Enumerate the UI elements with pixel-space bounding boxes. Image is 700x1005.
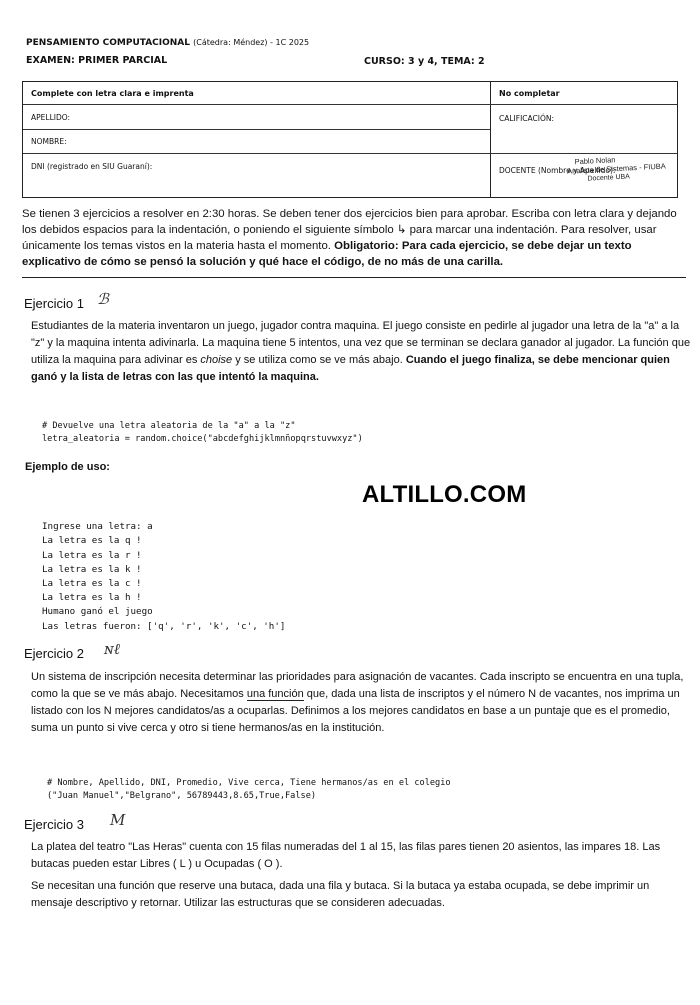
teacher-stamp: Pablo Nolan Analista de Sistemas - FIUBA…: [570, 153, 666, 185]
watermark: ALTILLO.COM: [362, 481, 526, 509]
exercise-3-title: Ejercicio 3: [24, 817, 84, 832]
nombre-field[interactable]: NOMBRE:: [31, 137, 67, 146]
exercise-1-function-name: choise: [200, 354, 232, 366]
course-name: PENSAMIENTO COMPUTACIONAL: [26, 38, 190, 48]
form-row-line: [23, 129, 490, 130]
output-line: Las letras fueron: ['q', 'r', 'k', 'c', …: [42, 620, 285, 634]
code-line: # Devuelve una letra aleatoria de la "a"…: [42, 420, 363, 433]
exercise-3-paragraph-2: Se necesitan una función que reserve una…: [31, 878, 691, 911]
output-line: La letra es la q !: [42, 534, 285, 548]
exercise-3-paragraph-1: La platea del teatro "Las Heras" cuenta …: [31, 839, 691, 872]
exam-label: EXAMEN: PRIMER PARCIAL: [26, 55, 167, 66]
form-left-header: Complete con letra clara e imprenta: [31, 89, 194, 98]
form-divider: [490, 82, 491, 197]
exercise-2-grade-mark: ɴℓ: [104, 640, 120, 659]
output-line: La letra es la r !: [42, 549, 285, 563]
code-line: # Nombre, Apellido, DNI, Promedio, Vive …: [47, 777, 451, 790]
form-row-line: [23, 153, 677, 154]
exercise-1-title: Ejercicio 1: [24, 296, 84, 311]
output-line: La letra es la h !: [42, 591, 285, 605]
code-line: ("Juan Manuel","Belgrano", 56789443,8.65…: [47, 790, 451, 803]
code-line: letra_aleatoria = random.choice("abcdefg…: [42, 433, 363, 446]
calificacion-field: CALIFICACIÓN:: [499, 114, 554, 123]
student-info-form: Complete con letra clara e imprenta No c…: [22, 81, 678, 198]
example-label: Ejemplo de uso:: [25, 461, 110, 473]
output-line: La letra es la k !: [42, 563, 285, 577]
course-title: PENSAMIENTO COMPUTACIONAL (Cátedra: Ménd…: [26, 38, 309, 48]
exercise-1-code: # Devuelve una letra aleatoria de la "a"…: [42, 407, 363, 458]
dni-field[interactable]: DNI (registrado en SIU Guaraní):: [31, 162, 152, 171]
section-divider: [22, 277, 686, 278]
exercise-1-grade-mark: ℬ: [97, 290, 109, 308]
instructions: Se tienen 3 ejercicios a resolver en 2:3…: [22, 206, 678, 270]
apellido-field[interactable]: APELLIDO:: [31, 113, 70, 122]
exercise-2-underlined: una función: [247, 688, 304, 701]
output-line: Ingrese una letra: a: [42, 520, 285, 534]
exercise-1-statement: Estudiantes de la materia inventaron un …: [31, 318, 691, 386]
course-info: CURSO: 3 y 4, TEMA: 2: [364, 56, 485, 67]
exercise-3-grade-mark: M: [110, 811, 125, 829]
form-row-line: [23, 104, 677, 105]
exercise-2-title: Ejercicio 2: [24, 646, 84, 661]
example-output: Ingrese una letra: aLa letra es la q !La…: [42, 506, 285, 648]
exercise-2-statement: Un sistema de inscripción necesita deter…: [31, 669, 691, 737]
output-line: Humano ganó el juego: [42, 605, 285, 619]
course-detail: (Cátedra: Méndez) - 1C 2025: [193, 38, 309, 47]
output-line: La letra es la c !: [42, 577, 285, 591]
form-right-header: No completar: [499, 89, 560, 98]
exercise-1-text: y se utiliza como se ve más abajo.: [232, 354, 406, 366]
exercise-2-code: # Nombre, Apellido, DNI, Promedio, Vive …: [47, 764, 451, 815]
